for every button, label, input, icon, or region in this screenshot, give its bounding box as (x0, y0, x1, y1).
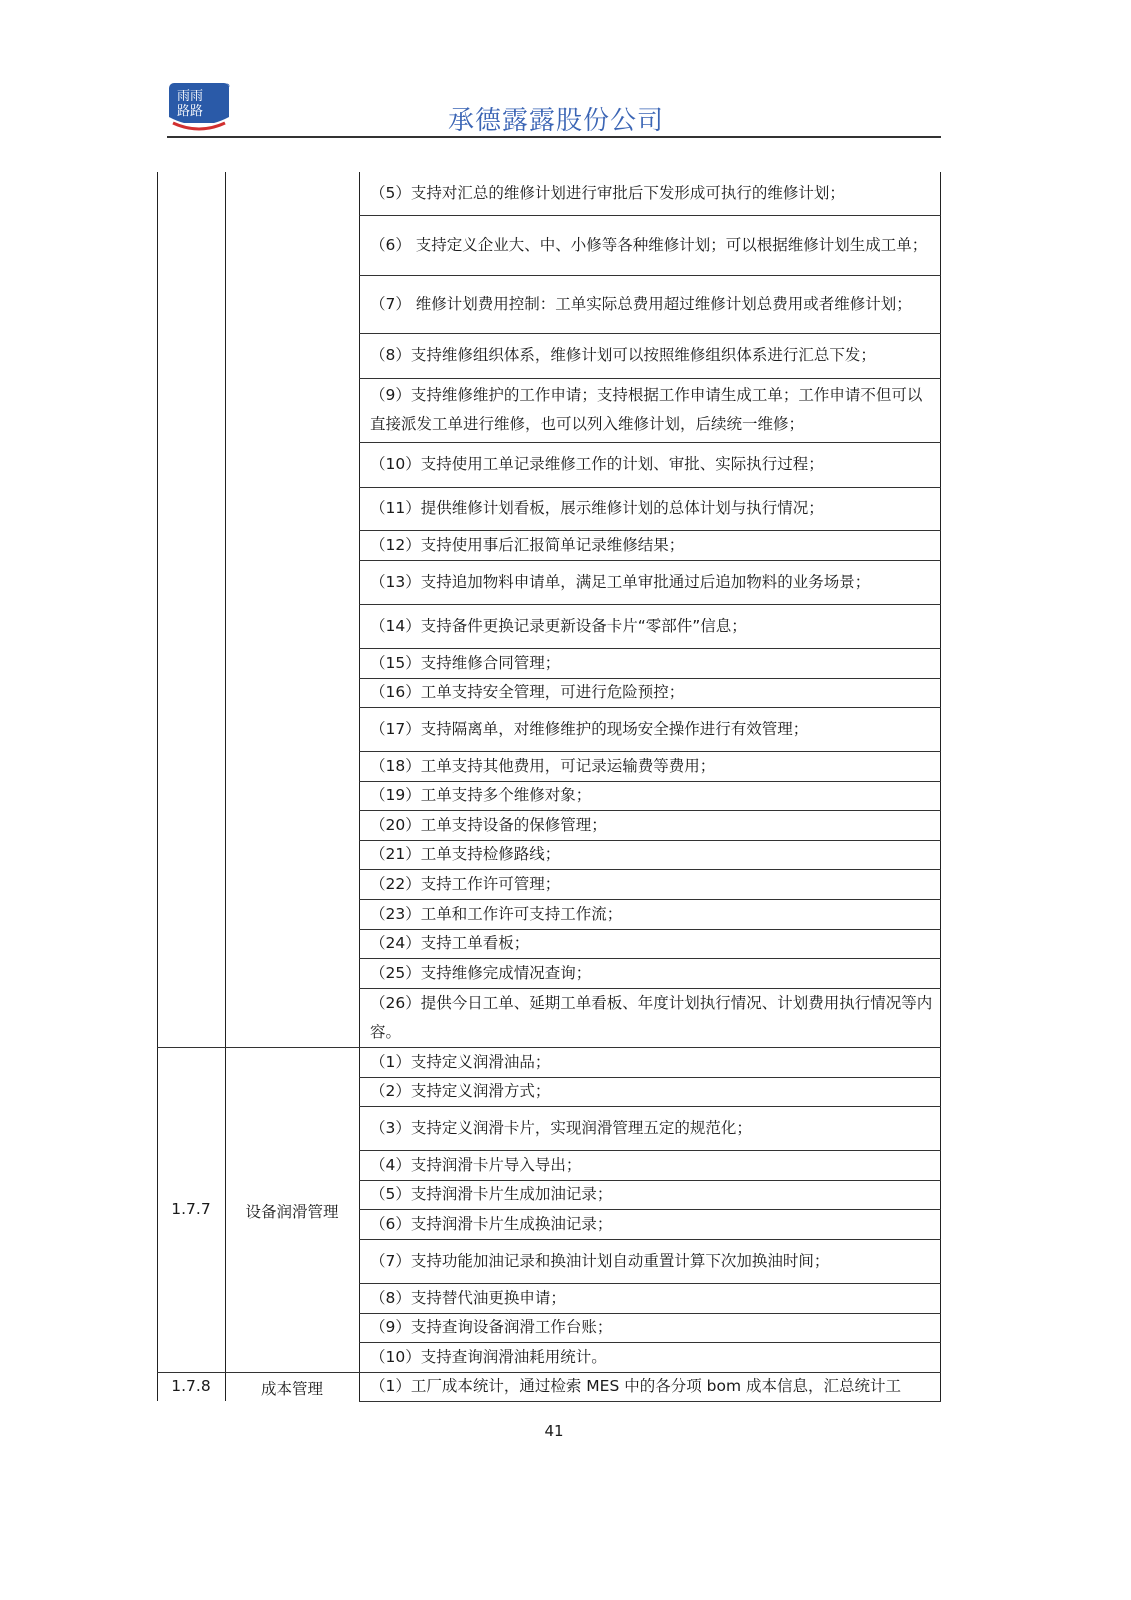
requirement-text: （10）支持使用工单记录维修工作的计划、审批、实际执行过程； (370, 450, 824, 479)
table-row: （6）支持润滑卡片生成换油记录； (359, 1209, 940, 1239)
requirement-text: （12）支持使用事后汇报简单记录维修结果； (370, 531, 684, 560)
company-logo: 雨雨 路路 (167, 81, 233, 135)
table-row: （5）支持润滑卡片生成加油记录； (359, 1180, 940, 1209)
requirement-text: （19）工单支持多个维修对象； (370, 781, 591, 810)
requirement-text: （3）支持定义润滑卡片，实现润滑管理五定的规范化； (370, 1114, 752, 1143)
table-row: （23）工单和工作许可支持工作流； (359, 899, 940, 929)
table-row: （1）工厂成本统计，通过检索 MES 中的各分项 bom 成本信息，汇总统计工 (359, 1372, 940, 1401)
table-row: （20）工单支持设备的保修管理； (359, 810, 940, 840)
table-row: （25）支持维修完成情况查询； (359, 958, 940, 988)
requirement-text: （10）支持查询润滑油耗用统计。 (370, 1343, 607, 1372)
requirement-text: （25）支持维修完成情况查询； (370, 959, 591, 988)
requirement-text: （21）工单支持检修路线； (370, 840, 560, 869)
table-row: （7） 维修计划费用控制：工单实际总费用超过维修计划总费用或者维修计划； (359, 275, 940, 333)
requirement-text: （26）提供今日工单、延期工单看板、年度计划执行情况、计划费用执行情况等内容。 (370, 989, 934, 1047)
header-divider (167, 136, 941, 138)
section-name: 成本管理 (225, 1377, 359, 1399)
table-row: （8）支持替代油更换申请； (359, 1283, 940, 1313)
svg-text:路路: 路路 (177, 104, 203, 119)
requirement-text: （7） 维修计划费用控制：工单实际总费用超过维修计划总费用或者维修计划； (370, 290, 912, 319)
requirement-text: （6） 支持定义企业大、中、小修等各种维修计划；可以根据维修计划生成工单； (370, 231, 927, 260)
requirement-text: （13）支持追加物料申请单，满足工单审批通过后追加物料的业务场景； (370, 568, 870, 597)
table-row: （3）支持定义润滑卡片，实现润滑管理五定的规范化； (359, 1106, 940, 1150)
table-row: （10）支持查询润滑油耗用统计。 (359, 1342, 940, 1372)
table-row: （14）支持备件更换记录更新设备卡片“零部件”信息； (359, 604, 940, 648)
lulu-brand-logo-icon: 雨雨 路路 (167, 81, 233, 135)
table-bottom-border (359, 1401, 941, 1402)
table-row: （26）提供今日工单、延期工单看板、年度计划执行情况、计划费用执行情况等内容。 (359, 988, 940, 1047)
requirement-text: （4）支持润滑卡片导入导出； (370, 1151, 581, 1180)
page-number: 41 (0, 1422, 1108, 1440)
requirement-text: （20）工单支持设备的保修管理； (370, 811, 607, 840)
table-border-right (940, 172, 941, 1401)
table-row: （24）支持工单看板； (359, 929, 940, 958)
table-row: （13）支持追加物料申请单，满足工单审批通过后追加物料的业务场景； (359, 560, 940, 604)
table-row: （11）提供维修计划看板，展示维修计划的总体计划与执行情况； (359, 487, 940, 530)
requirement-text: （11）提供维修计划看板，展示维修计划的总体计划与执行情况； (370, 494, 824, 523)
table-row: （1）支持定义润滑油品； (359, 1047, 940, 1077)
table-row: （15）支持维修合同管理； (359, 648, 940, 678)
requirement-text: （18）工单支持其他费用，可记录运输费等费用； (370, 752, 715, 781)
table-row: （5）支持对汇总的维修计划进行审批后下发形成可执行的维修计划； (359, 172, 940, 215)
requirement-text: （9）支持维修维护的工作申请；支持根据工作申请生成工单；工作申请不但可以直接派发… (370, 381, 934, 439)
requirement-text: （24）支持工单看板； (370, 929, 529, 958)
requirement-text: （7）支持功能加油记录和换油计划自动重置计算下次加换油时间； (370, 1247, 829, 1276)
table-row: （12）支持使用事后汇报简单记录维修结果； (359, 530, 940, 560)
requirement-text: （15）支持维修合同管理； (370, 649, 560, 678)
table-row: （2）支持定义润滑方式； (359, 1077, 940, 1106)
requirement-text: （17）支持隔离单，对维修维护的现场安全操作进行有效管理； (370, 715, 808, 744)
svg-text:雨雨: 雨雨 (177, 89, 203, 104)
requirement-text: （14）支持备件更换记录更新设备卡片“零部件”信息； (370, 612, 747, 641)
requirement-text: （6）支持润滑卡片生成换油记录； (370, 1210, 612, 1239)
section-number: 1.7.7 (157, 1200, 225, 1218)
table-row: （7）支持功能加油记录和换油计划自动重置计算下次加换油时间； (359, 1239, 940, 1283)
table-row: （16）工单支持安全管理，可进行危险预控； (359, 678, 940, 707)
requirement-text: （16）工单支持安全管理，可进行危险预控； (370, 678, 684, 707)
requirement-text: （23）工单和工作许可支持工作流； (370, 900, 622, 929)
table-row: （19）工单支持多个维修对象； (359, 781, 940, 810)
table-row: （22）支持工作许可管理； (359, 869, 940, 899)
requirement-text: （5）支持润滑卡片生成加油记录； (370, 1180, 612, 1209)
requirement-text: （2）支持定义润滑方式； (370, 1077, 550, 1106)
requirement-text: （1）支持定义润滑油品； (370, 1048, 550, 1077)
table-row: （17）支持隔离单，对维修维护的现场安全操作进行有效管理； (359, 707, 940, 751)
requirement-text: （8）支持维修组织体系，维修计划可以按照维修组织体系进行汇总下发； (370, 341, 876, 370)
table-row: （10）支持使用工单记录维修工作的计划、审批、实际执行过程； (359, 442, 940, 487)
table-row: （8）支持维修组织体系，维修计划可以按照维修组织体系进行汇总下发； (359, 333, 940, 378)
section-number: 1.7.8 (157, 1377, 225, 1395)
table-row: （21）工单支持检修路线； (359, 840, 940, 869)
requirement-text: （9）支持查询设备润滑工作台账； (370, 1313, 612, 1342)
section-name: 设备润滑管理 (225, 1200, 359, 1222)
table-row: （9）支持查询设备润滑工作台账； (359, 1313, 940, 1342)
requirement-text: （1）工厂成本统计，通过检索 MES 中的各分项 bom 成本信息，汇总统计工 (370, 1372, 901, 1401)
company-name: 承德露露股份公司 (448, 100, 664, 137)
table-row: （9）支持维修维护的工作申请；支持根据工作申请生成工单；工作申请不但可以直接派发… (359, 378, 940, 442)
table-row: （6） 支持定义企业大、中、小修等各种维修计划；可以根据维修计划生成工单； (359, 215, 940, 275)
requirement-text: （22）支持工作许可管理； (370, 870, 560, 899)
requirement-text: （8）支持替代油更换申请； (370, 1284, 566, 1313)
requirement-text: （5）支持对汇总的维修计划进行审批后下发形成可执行的维修计划； (370, 179, 845, 208)
table-row: （4）支持润滑卡片导入导出； (359, 1150, 940, 1180)
table-row: （18）工单支持其他费用，可记录运输费等费用； (359, 751, 940, 781)
